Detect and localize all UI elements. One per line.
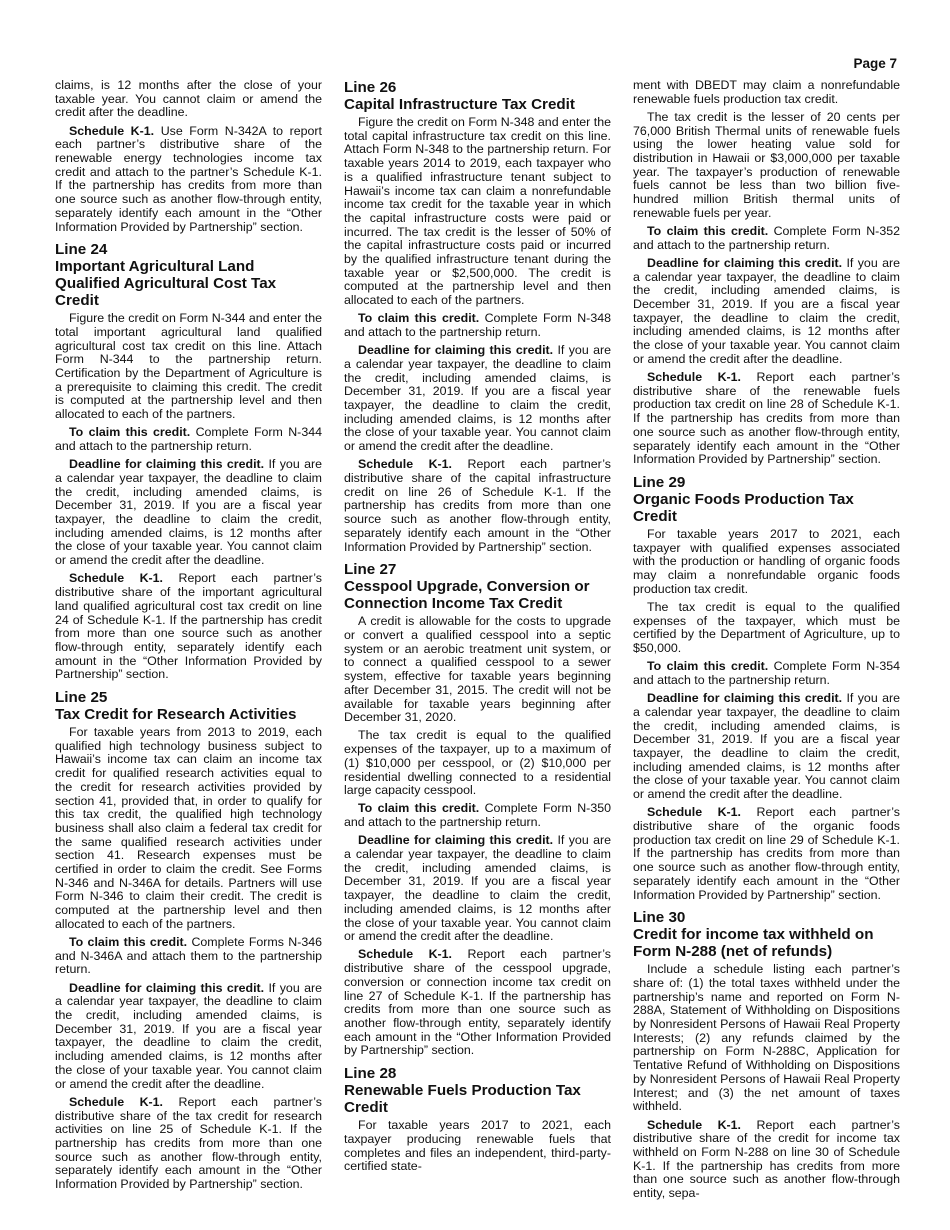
paragraph: Include a schedule listing each partner’… — [633, 963, 900, 1114]
section-line-label: Line 29 — [633, 474, 900, 491]
paragraph-text: For taxable years 2017 to 2021, each tax… — [344, 1118, 611, 1173]
paragraph-lead: Schedule K-1. — [358, 457, 452, 471]
paragraph: Schedule K-1. Report each partner’s dist… — [55, 1096, 322, 1192]
paragraph-text: Report each partner’s distributive share… — [344, 457, 611, 553]
paragraph-lead: Schedule K-1. — [69, 124, 154, 138]
paragraph-text: For taxable years 2017 to 2021, each tax… — [633, 527, 900, 596]
section-line-label: Line 30 — [633, 909, 900, 926]
paragraph: Figure the credit on Form N-344 and ente… — [55, 312, 322, 422]
paragraph-lead: To claim this credit. — [647, 224, 768, 238]
paragraph-text: Use Form N-342A to report each partner’s… — [55, 124, 322, 234]
paragraph: To claim this credit. Complete Form N-35… — [633, 225, 900, 252]
section-title: Tax Credit for Research Activities — [55, 706, 322, 723]
paragraph: To claim this credit. Complete Form N-35… — [344, 802, 611, 829]
paragraph-text: Figure the credit on Form N-348 and ente… — [344, 115, 611, 307]
section-line-label: Line 24 — [55, 241, 322, 258]
paragraph-lead: To claim this credit. — [69, 425, 190, 439]
paragraph-text: The tax credit is the lesser of 20 cents… — [633, 110, 900, 220]
paragraph-text: claims, is 12 months after the close of … — [55, 78, 322, 119]
paragraph-text: If you are a calendar year taxpayer, the… — [633, 691, 900, 801]
paragraph: Deadline for claiming this credit. If yo… — [344, 834, 611, 944]
paragraph-lead: Schedule K-1. — [647, 370, 741, 384]
paragraph: For taxable years 2017 to 2021, each tax… — [344, 1119, 611, 1174]
paragraph: Deadline for claiming this credit. If yo… — [344, 344, 611, 454]
paragraph: To claim this credit. Complete Form N-35… — [633, 660, 900, 687]
paragraph-text: If you are a calendar year taxpayer, the… — [633, 256, 900, 366]
paragraph-text: If you are a calendar year taxpayer, the… — [344, 833, 611, 943]
paragraph-text: Report each partner’s distributive share… — [633, 370, 900, 466]
paragraph: The tax credit is equal to the qualified… — [633, 601, 900, 656]
paragraph: Schedule K-1. Use Form N-342A to report … — [55, 125, 322, 235]
paragraph: Deadline for claiming this credit. If yo… — [55, 982, 322, 1092]
column-container: claims, is 12 months after the close of … — [55, 79, 900, 1205]
paragraph: The tax credit is equal to the qualified… — [344, 729, 611, 798]
paragraph-text: Report each partner’s distributive share… — [55, 571, 322, 681]
page-number: Page 7 — [55, 56, 897, 71]
paragraph-lead: To claim this credit. — [358, 311, 479, 325]
paragraph: To claim this credit. Complete Forms N-3… — [55, 936, 322, 977]
section-title: Renewable Fuels Production Tax Credit — [344, 1082, 611, 1116]
section-heading: Line 25Tax Credit for Research Activitie… — [55, 689, 322, 723]
paragraph-lead: Deadline for claiming this credit. — [69, 457, 264, 471]
paragraph-lead: Deadline for claiming this credit. — [647, 256, 842, 270]
paragraph-lead: Schedule K-1. — [647, 1118, 741, 1132]
section-heading: Line 24Important Agricultural Land Quali… — [55, 241, 322, 309]
section-line-label: Line 27 — [344, 561, 611, 578]
paragraph-lead: Deadline for claiming this credit. — [69, 981, 264, 995]
paragraph-text: If you are a calendar year taxpayer, the… — [55, 981, 322, 1091]
section-heading: Line 27Cesspool Upgrade, Conversion or C… — [344, 561, 611, 612]
paragraph-text: ment with DBEDT may claim a nonrefundabl… — [633, 78, 900, 106]
paragraph-text: For taxable years from 2013 to 2019, eac… — [55, 725, 322, 931]
section-heading: Line 26Capital Infrastructure Tax Credit — [344, 79, 611, 113]
paragraph-text: If you are a calendar year taxpayer, the… — [55, 457, 322, 567]
paragraph-text: If you are a calendar year taxpayer, the… — [344, 343, 611, 453]
section-line-label: Line 25 — [55, 689, 322, 706]
column-2: Line 26Capital Infrastructure Tax Credit… — [344, 79, 611, 1178]
paragraph: Figure the credit on Form N-348 and ente… — [344, 116, 611, 308]
paragraph-lead: To claim this credit. — [647, 659, 768, 673]
paragraph: ment with DBEDT may claim a nonrefundabl… — [633, 79, 900, 106]
paragraph: For taxable years from 2013 to 2019, eac… — [55, 726, 322, 932]
section-heading: Line 29Organic Foods Production Tax Cred… — [633, 474, 900, 525]
section-title: Cesspool Upgrade, Conversion or Connecti… — [344, 578, 611, 612]
paragraph: The tax credit is the lesser of 20 cents… — [633, 111, 900, 221]
paragraph-text: The tax credit is equal to the qualified… — [633, 600, 900, 655]
paragraph-lead: Schedule K-1. — [647, 805, 741, 819]
paragraph: Deadline for claiming this credit. If yo… — [55, 458, 322, 568]
paragraph: To claim this credit. Complete Form N-34… — [344, 312, 611, 339]
section-title: Organic Foods Production Tax Credit — [633, 491, 900, 525]
paragraph-lead: Schedule K-1. — [69, 1095, 163, 1109]
column-3: ment with DBEDT may claim a nonrefundabl… — [633, 79, 900, 1205]
paragraph: A credit is allowable for the costs to u… — [344, 615, 611, 725]
paragraph: claims, is 12 months after the close of … — [55, 79, 322, 120]
paragraph-text: A credit is allowable for the costs to u… — [344, 614, 611, 724]
paragraph: Schedule K-1. Report each partner’s dist… — [344, 458, 611, 554]
paragraph: For taxable years 2017 to 2021, each tax… — [633, 528, 900, 597]
paragraph-lead: Deadline for claiming this credit. — [358, 833, 553, 847]
paragraph-text: The tax credit is equal to the qualified… — [344, 728, 611, 797]
paragraph: Schedule K-1. Report each partner’s dist… — [633, 806, 900, 902]
paragraph-text: Include a schedule listing each partner’… — [633, 962, 900, 1113]
paragraph-lead: Deadline for claiming this credit. — [358, 343, 553, 357]
paragraph-lead: To claim this credit. — [69, 935, 187, 949]
paragraph-text: Report each partner’s distributive share… — [55, 1095, 322, 1191]
section-title: Credit for income tax withheld on Form N… — [633, 926, 900, 960]
paragraph-lead: Schedule K-1. — [69, 571, 163, 585]
section-line-label: Line 28 — [344, 1065, 611, 1082]
section-title: Capital Infrastructure Tax Credit — [344, 96, 611, 113]
paragraph-lead: Deadline for claiming this credit. — [647, 691, 842, 705]
paragraph-lead: Schedule K-1. — [358, 947, 452, 961]
section-line-label: Line 26 — [344, 79, 611, 96]
paragraph: Schedule K-1. Report each partner’s dist… — [55, 572, 322, 682]
section-title: Important Agricultural Land Qualified Ag… — [55, 258, 322, 309]
section-heading: Line 30Credit for income tax withheld on… — [633, 909, 900, 960]
paragraph-lead: To claim this credit. — [358, 801, 479, 815]
paragraph: To claim this credit. Complete Form N-34… — [55, 426, 322, 453]
paragraph-text: Report each partner’s distributive share… — [344, 947, 611, 1057]
section-heading: Line 28Renewable Fuels Production Tax Cr… — [344, 1065, 611, 1116]
column-1: claims, is 12 months after the close of … — [55, 79, 322, 1196]
paragraph: Schedule K-1. Report each partner’s dist… — [633, 371, 900, 467]
paragraph: Deadline for claiming this credit. If yo… — [633, 692, 900, 802]
paragraph-text: Report each partner’s distributive share… — [633, 805, 900, 901]
paragraph: Schedule K-1. Report each partner’s dist… — [633, 1119, 900, 1201]
document-page: Page 7 claims, is 12 months after the cl… — [0, 0, 950, 1230]
paragraph: Schedule K-1. Report each partner’s dist… — [344, 948, 611, 1058]
paragraph: Deadline for claiming this credit. If yo… — [633, 257, 900, 367]
paragraph-text: Figure the credit on Form N-344 and ente… — [55, 311, 322, 421]
